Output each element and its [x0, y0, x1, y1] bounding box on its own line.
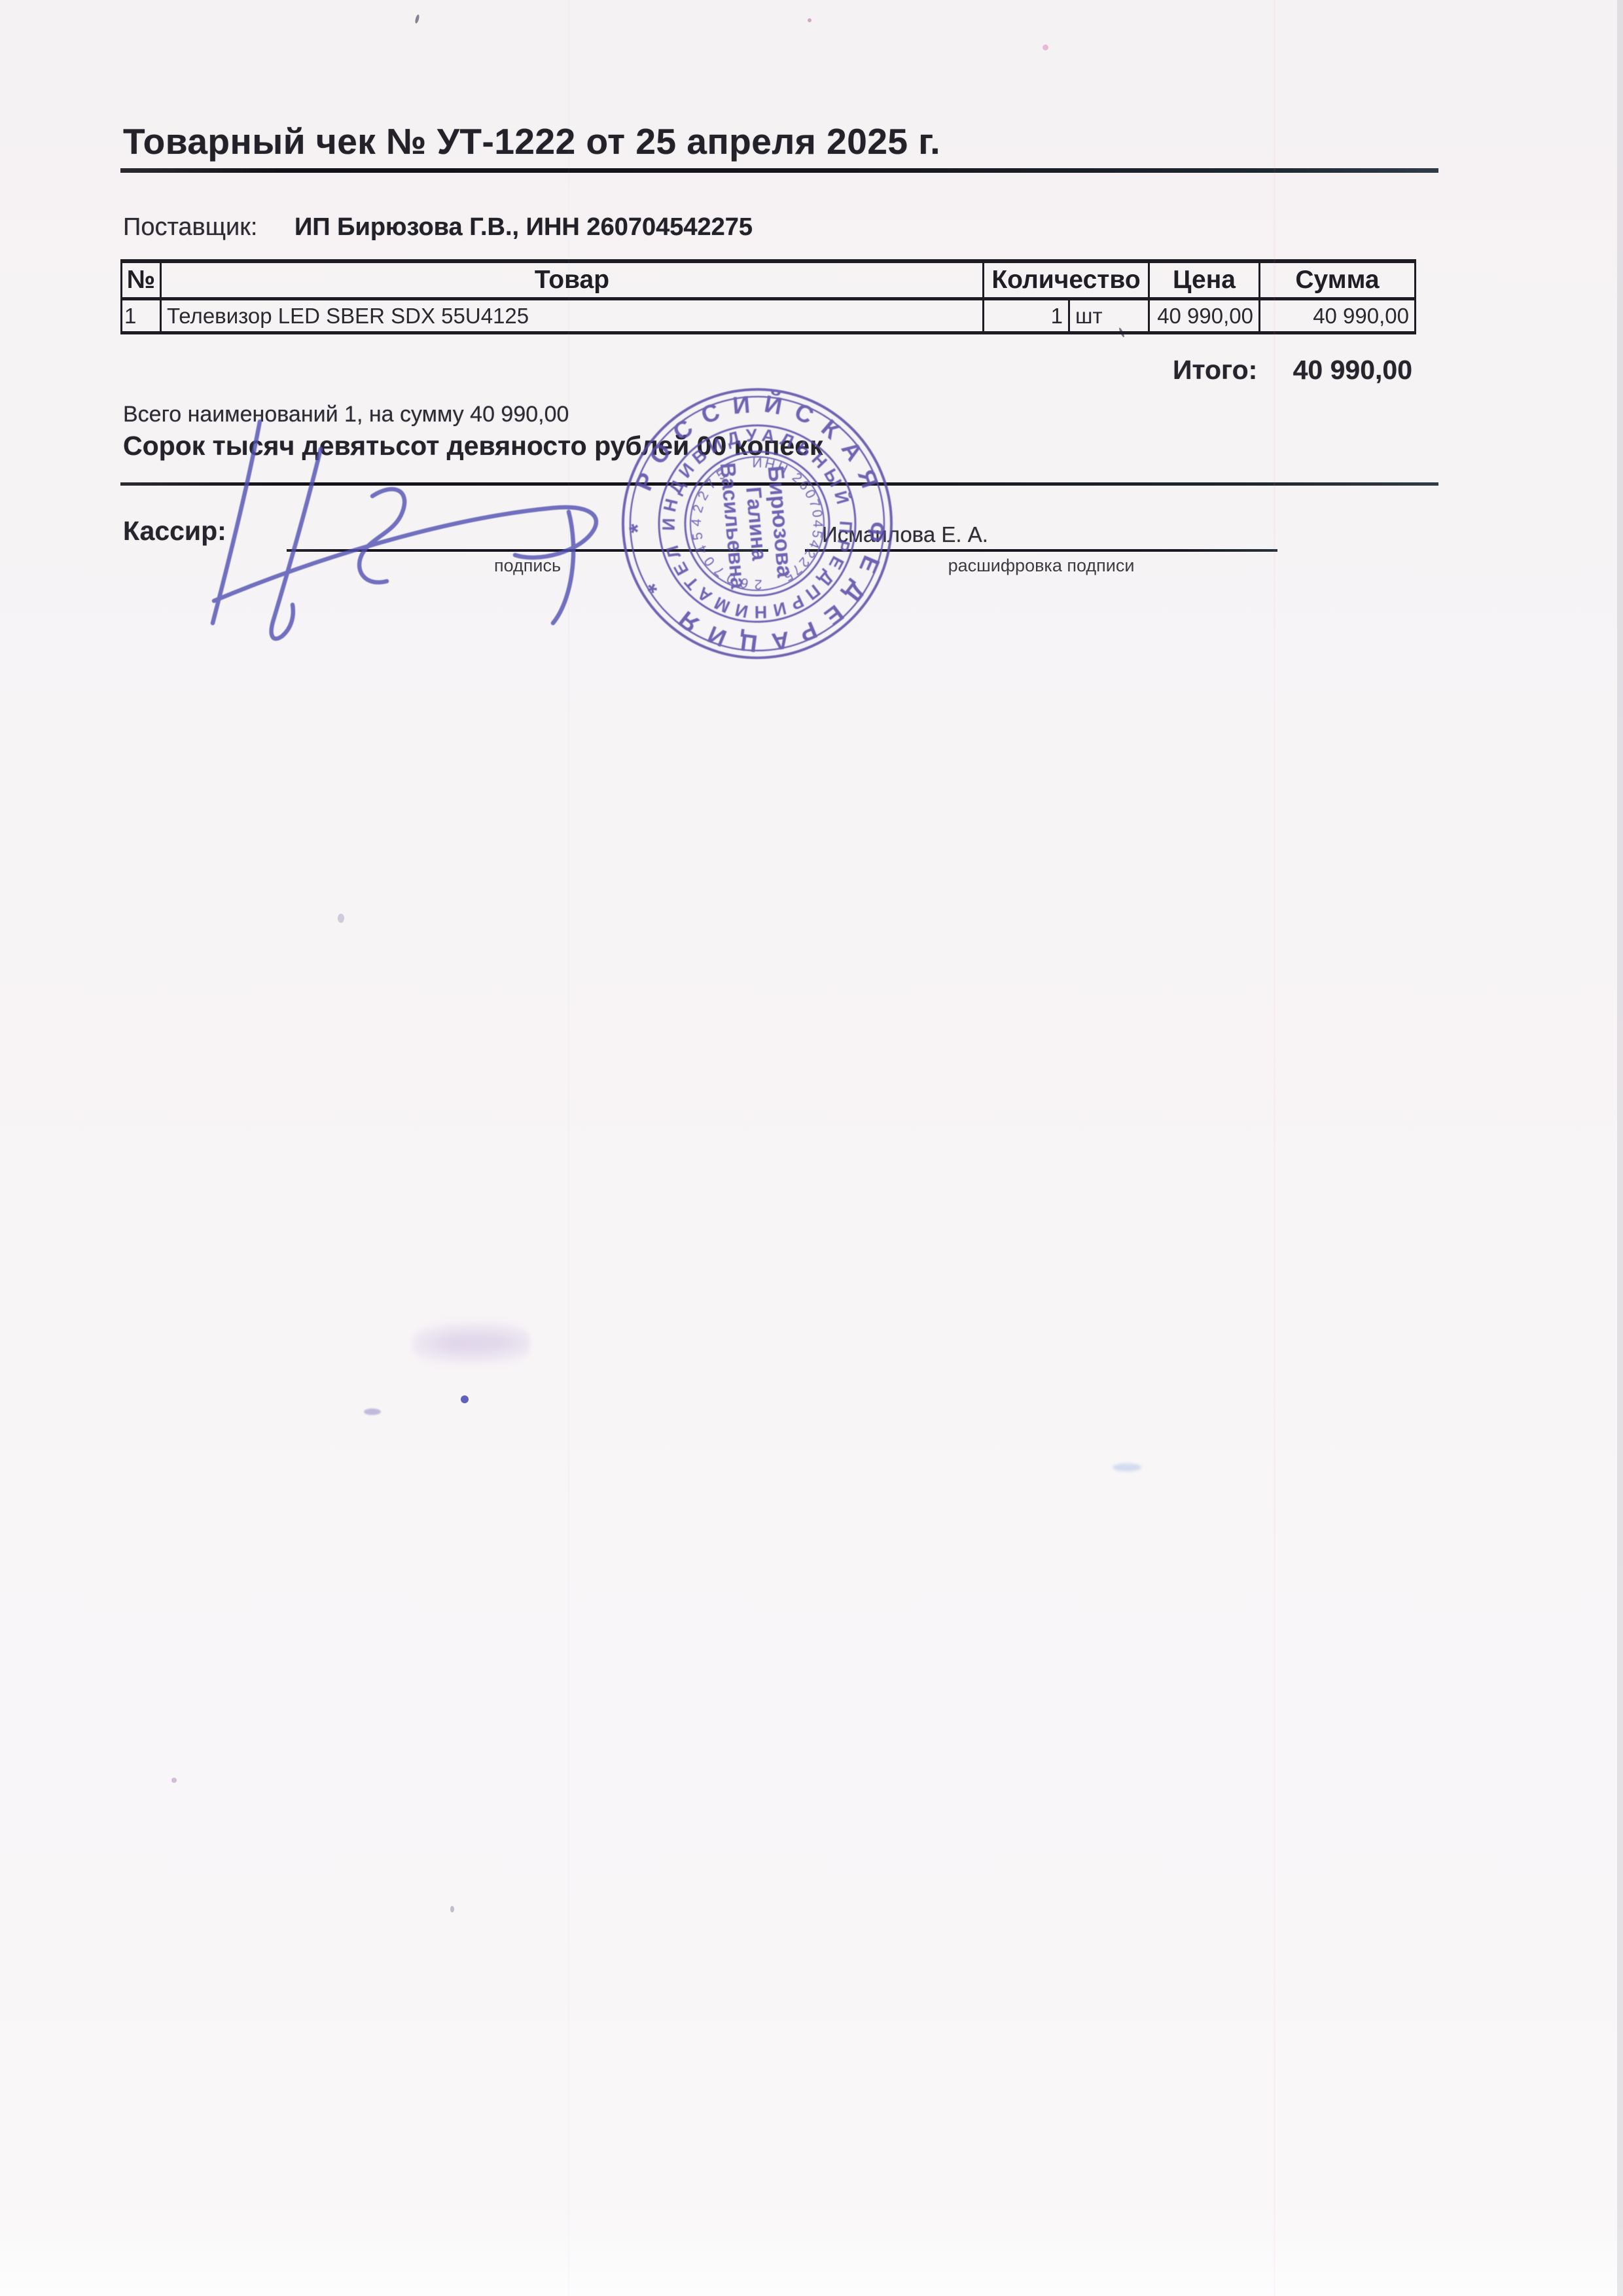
row-unit: шт [1070, 300, 1150, 331]
scan-artifact-ink-ghost [412, 1319, 530, 1369]
col-header-sum: Сумма [1260, 263, 1414, 300]
col-header-qty: Количество [984, 263, 1150, 300]
scan-artifact [1113, 1463, 1141, 1471]
supplier-value: ИП Бирюзова Г.В., ИНН 260704542275 [294, 213, 753, 241]
goods-table: № Товар Количество Цена Сумма 1 Телевизо… [120, 259, 1416, 334]
row-price: 40 990,00 [1150, 300, 1260, 331]
total-label: Итого: [1173, 355, 1257, 386]
scan-artifact [808, 18, 811, 22]
row-qty: 1 [984, 300, 1070, 331]
scan-artifact [338, 914, 344, 923]
title-divider [120, 168, 1438, 173]
scan-streak [1274, 0, 1275, 2296]
scan-artifact [414, 14, 419, 24]
cashier-signature [187, 393, 618, 641]
scan-artifact [364, 1408, 381, 1415]
scan-artifact [1043, 45, 1048, 50]
col-header-product: Товар [162, 263, 984, 300]
stamp-center-name: Бирюзова Галина Васильевна [716, 457, 798, 590]
row-sum: 40 990,00 [1260, 300, 1414, 331]
round-stamp: * РОССИЙСКАЯ ФЕДЕРАЦИЯ * ИНДИВИДУАЛЬНЫЙ … [601, 368, 914, 680]
scan-artifact [171, 1778, 177, 1783]
supplier-row: Поставщик: ИП Бирюзова Г.В., ИНН 2607045… [123, 213, 753, 242]
col-header-num: № [122, 263, 162, 300]
col-header-price: Цена [1150, 263, 1260, 300]
scan-artifact [450, 1906, 454, 1912]
scanner-edge-shadow [1617, 0, 1623, 2296]
row-num: 1 [122, 300, 162, 331]
receipt-scan-page: Товарный чек № УТ-1222 от 25 апреля 2025… [0, 0, 1623, 2296]
receipt-title: Товарный чек № УТ-1222 от 25 апреля 2025… [123, 120, 940, 162]
row-product: Телевизор LED SBER SDX 55U4125 [162, 300, 984, 331]
supplier-label: Поставщик: [123, 213, 257, 241]
scan-artifact [461, 1395, 469, 1403]
scan-streak [568, 0, 569, 2296]
